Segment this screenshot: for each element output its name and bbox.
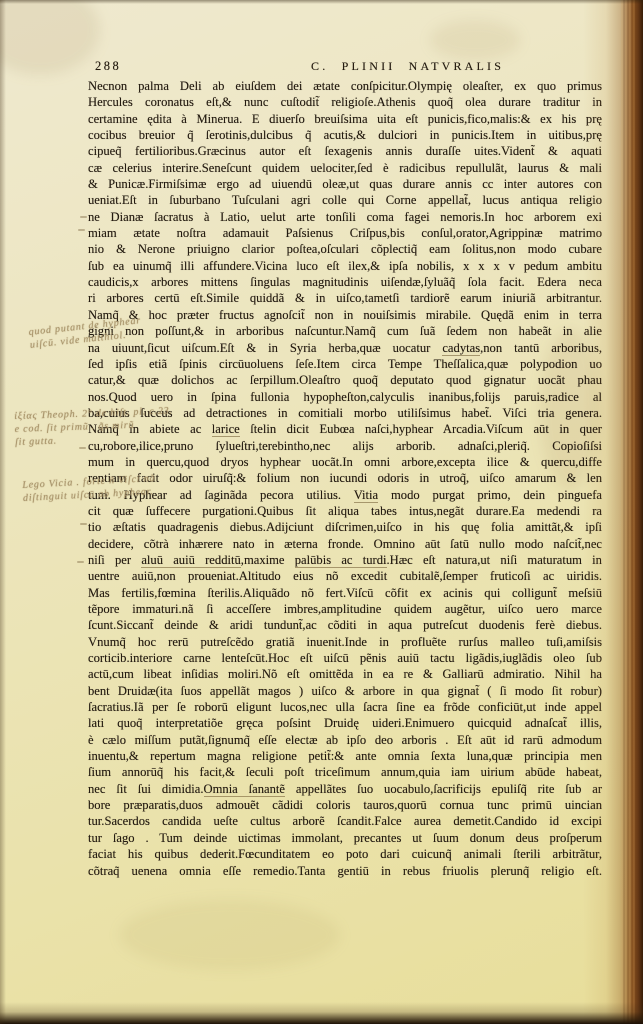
text-line: mum in quercu,quod dryos hyphear uocãt.I… [88,454,602,470]
text-line: Vnumq̃ hoc rerū putreſcẽdo gratiã inueni… [88,634,602,650]
text-line: nos.Quod uero in ſpina fullonia hypopheſ… [88,389,602,405]
text-line: bore præparatis,duos admouẽt cãdidi colo… [88,797,602,813]
text-line: catur,& quæ dolichos ac ſerpillum.Oleaſt… [88,372,602,388]
margin-ink-mark [79,447,86,449]
text-line: cõtraq̃ uenena omnia eſſe remedio.Tanta … [88,863,602,879]
text-line: lati quoq̃ interpretatiõe gręca poſsint … [88,715,602,731]
margin-note-handwritten: ἰξίας Theoph. 2° de hiſt. pl. c.23.e cod… [14,402,235,449]
paper-stain [430,20,520,60]
text-line: & Punicæ.Firmiſsimæ ergo ad uiuendū oleæ… [88,176,602,192]
text-line: na uiuunt,ſicut uiſcum.Eſt & in Syria he… [88,340,602,356]
book-edge-bottom [0,1002,643,1024]
text-line: tur.Sacerdos candida ueſte cultus arborẽ… [88,813,602,829]
text-line: cæ celerius interire.Seneſcunt quidem ue… [88,160,602,176]
text-line: ſacratius.Iã per ſe roborū eligunt lucos… [88,699,602,715]
text-line: Hercules coronatus eſt,& nunc cuſtodit̃ … [88,94,602,110]
text-line: certamine ędita à Minerua. E diuerſo bre… [88,111,602,127]
page-stack-streaks [621,0,637,1024]
text-line: nec ſit ſui dimidia.Omnia ſanantẽ appell… [88,781,602,797]
text-line: tur ſago . Tum deinde uictimas immolant,… [88,830,602,846]
text-line: è cælo miſſum putãt,ſignumq̃ eſſe electæ… [88,732,602,748]
margin-ink-mark [77,561,84,563]
text-line: tẽpore immaturi.nã ſi acceſſere imbres,a… [88,601,602,617]
book-edge-left [0,0,6,1024]
margin-ink-mark [78,229,85,231]
text-line: faciat his quibus dederit.Fœcunditatem e… [88,846,602,862]
paper-stain [0,0,100,75]
text-line: Necnon palma Deli ab eiuſdem dei ætate c… [88,78,602,94]
margin-ink-mark [80,523,87,525]
book-edge-top [0,0,643,4]
text-line: nio & Nerone priuigno clarior poſtea,oſc… [88,241,602,257]
paper-stain [120,900,340,970]
text-line: inuentu,& repertum magna religione petit… [88,748,602,764]
text-line: decidere, cõtrà inhærere nato in æterna … [88,536,602,552]
text-line: uentre auiū,non proueniat.Altitudo eius … [88,568,602,584]
text-line: corticib.interiore carne lenteſcūt.Hoc e… [88,650,602,666]
text-line: tio æſtatis quadragenis diebus.Adijciunt… [88,519,602,535]
text-line: niſi per aluū auiū redditū,maxime palūbi… [88,552,602,568]
text-line: ri arbores certū eſt.Simile quiddã & in … [88,290,602,306]
text-line: ſium annorūq̃ his facit,& ſeculi poſt tr… [88,764,602,780]
page-number: 288 [95,59,121,74]
text-line: cit quæ ſuffecere purgationi.Quibus ſit … [88,503,602,519]
text-line: Mas fertilis,fœmina ſterilis.Aliquãdo nõ… [88,585,602,601]
running-title: C. PLINII NATVRALIS [311,59,504,74]
text-line: ne Dianæ ſacratus à Latio, uelut arte to… [88,209,602,225]
text-line: cipueq̃ fertilioribus.Græcinus autor eſt… [88,143,602,159]
text-line: miam ætate noſtra adamauit Paſsienus Cri… [88,225,602,241]
text-line: bent Druidæ(ita ſuos appellãt magos ) ui… [88,683,602,699]
text-line: caudicis,x arbores mittens ſingulas magn… [88,274,602,290]
text-line: ſcunt.Siccant̃ deinde & aridi tundunt̃,a… [88,617,602,633]
scanned-book-page: 288 C. PLINII NATVRALIS Necnon palma Del… [0,0,643,1024]
text-line: ſed ipſis etiã ſpinis circūuoluens ſeſe.… [88,356,602,372]
text-line: actū,cum libeat inſidias moliri.Nõ eſt o… [88,666,602,682]
margin-ink-mark [80,216,87,218]
text-line: ueniat.Eſt in ſuburbano Tuſculani agri c… [88,192,602,208]
text-line: cocibus breuior q̃ ſerotinis,dulcibus q̃… [88,127,602,143]
text-line: ſub ea uinumq̃ illi affundere.Vicina luc… [88,258,602,274]
